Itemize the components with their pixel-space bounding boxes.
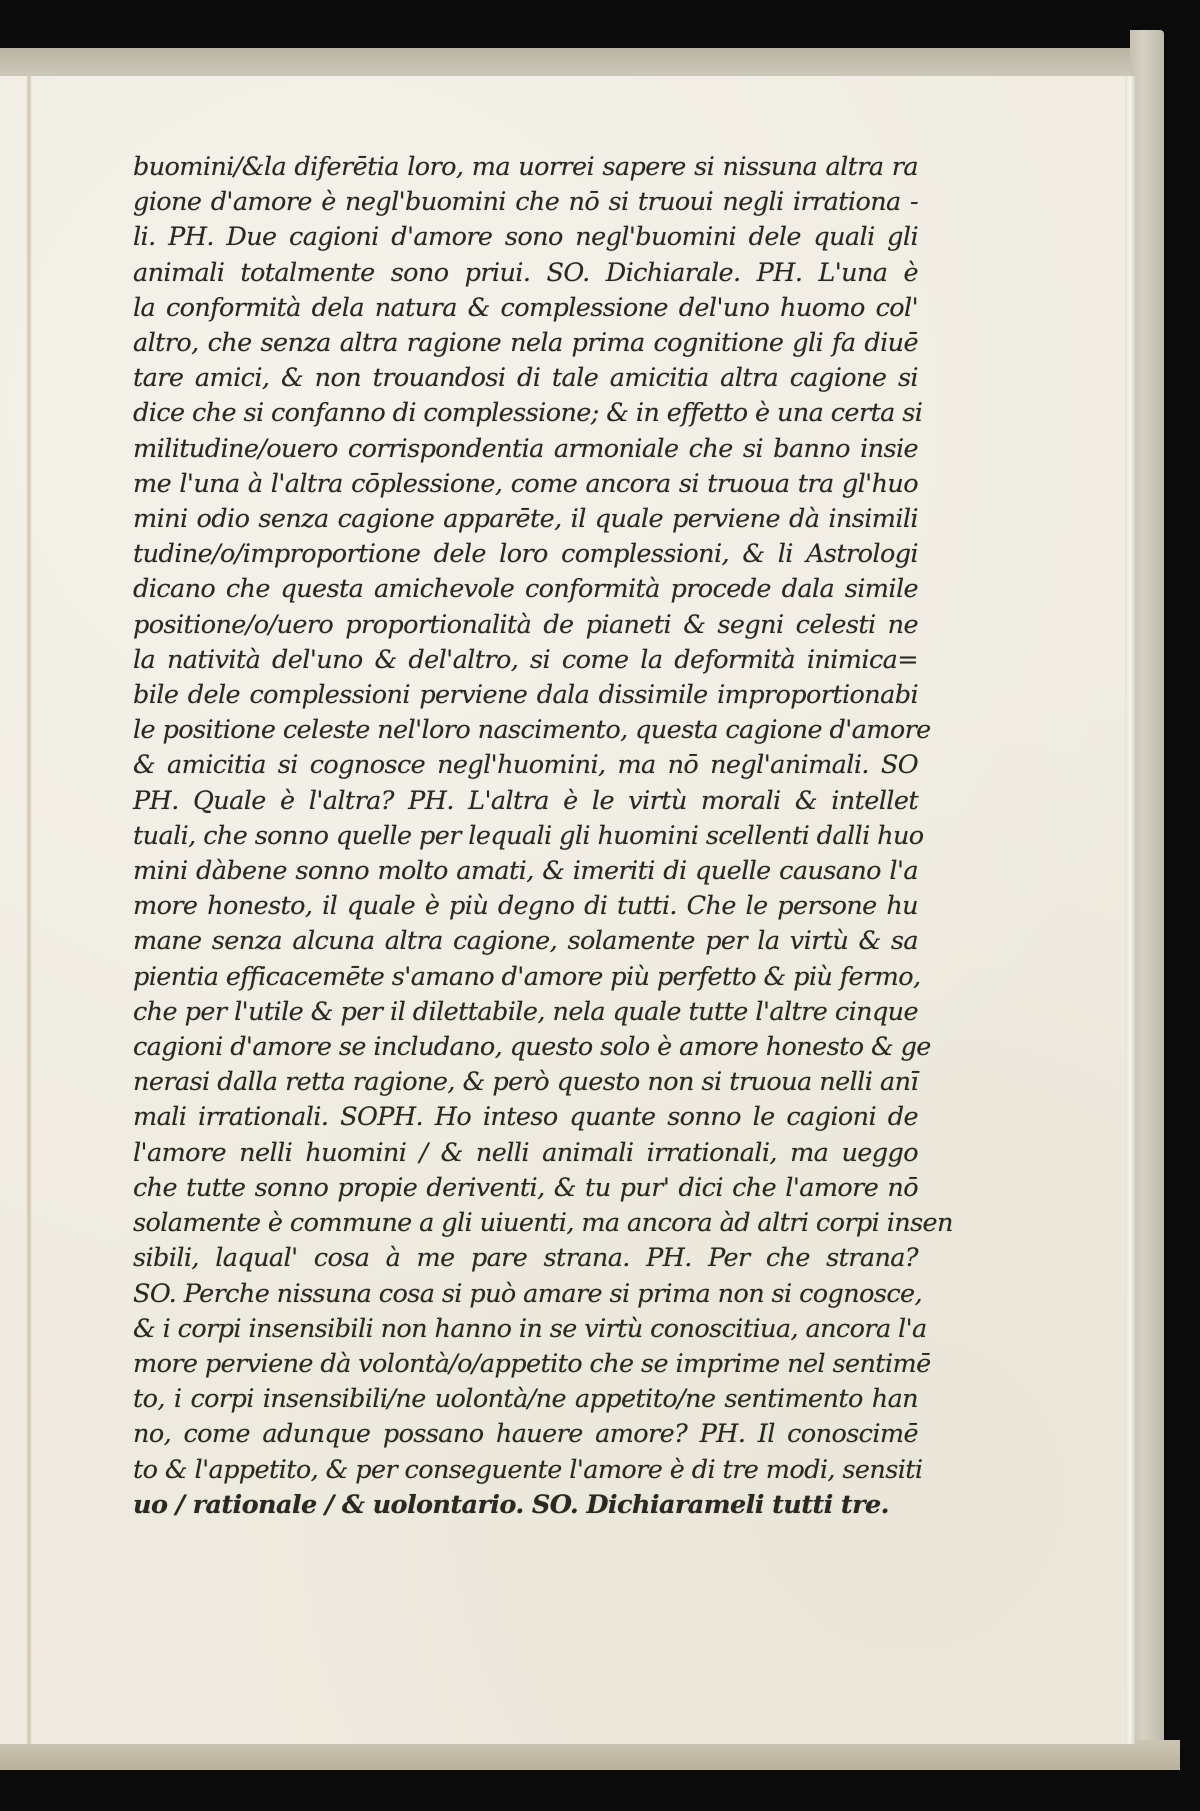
text-line: cagioni d'amore se includano, questo sol… <box>133 1030 918 1065</box>
text-line: to & l'appetito, & per conseguente l'amo… <box>133 1453 918 1488</box>
text-line: pientia efficacemēte s'amano d'amore più… <box>133 960 918 995</box>
text-line: bile dele complessioni perviene dala dis… <box>133 678 918 713</box>
text-line: nerasi dalla retta ragione, & però quest… <box>133 1065 918 1100</box>
text-line: PH. Quale è l'altra? PH. L'altra è le vi… <box>133 784 918 819</box>
text-line: mali irrationali. SOPH. Ho inteso quante… <box>133 1100 918 1135</box>
text-line: la conformità dela natura & complessione… <box>133 291 918 326</box>
text-line: dicano che questa amichevole conformità … <box>133 572 918 607</box>
text-line: dice che si confanno di complessione; & … <box>133 396 918 431</box>
book-scan: buomini/&la diferētia loro, ma uorrei sa… <box>0 0 1200 1811</box>
text-line: che tutte sonno propie deriventi, & tu p… <box>133 1171 918 1206</box>
text-line: me l'una à l'altra cōplessione, come anc… <box>133 467 918 502</box>
text-line: more honesto, il quale è più degno di tu… <box>133 889 918 924</box>
text-line: positione/o/uero proportionalità de pian… <box>133 608 918 643</box>
mount-right-edge <box>1130 30 1164 1760</box>
text-line: militudine/ouero corrispondentia armonia… <box>133 432 918 467</box>
text-block: buomini/&la diferētia loro, ma uorrei sa… <box>133 150 918 1523</box>
page-gutter-fold <box>26 76 32 1744</box>
text-line: altro, che senza altra ragione nela prim… <box>133 326 918 361</box>
text-line: mini odio senza cagione apparēte, il qua… <box>133 502 918 537</box>
text-line: buomini/&la diferētia loro, ma uorrei sa… <box>133 150 918 185</box>
text-line: che per l'utile & per il dilettabile, ne… <box>133 995 918 1030</box>
text-line: more perviene dà volontà/o/appetito che … <box>133 1347 918 1382</box>
mount-bottom-edge <box>0 1740 1180 1770</box>
text-line: mini dàbene sonno molto amati, & imeriti… <box>133 854 918 889</box>
page: buomini/&la diferētia loro, ma uorrei sa… <box>0 76 1135 1744</box>
text-line: tudine/o/improportione dele loro comples… <box>133 537 918 572</box>
text-line: gione d'amore è negl'buomini che nō si t… <box>133 185 918 220</box>
text-line: no, come adunque possano hauere amore? P… <box>133 1417 918 1452</box>
text-line-final: uo / rationale / & uolontario. SO. Dichi… <box>133 1488 918 1523</box>
text-line: SO. Perche nissuna cosa si può amare si … <box>133 1277 918 1312</box>
text-line: mane senza alcuna altra cagione, solamen… <box>133 924 918 959</box>
page-fore-edge <box>1125 76 1135 1744</box>
text-line: l'amore nelli huomini / & nelli animali … <box>133 1136 918 1171</box>
text-line: sibili, laqual' cosa à me pare strana. P… <box>133 1241 918 1276</box>
text-line: to, i corpi insensibili/ne uolontà/ne ap… <box>133 1382 918 1417</box>
text-line: solamente è commune a gli uiuenti, ma an… <box>133 1206 918 1241</box>
text-line: tuali, che sonno quelle per lequali gli … <box>133 819 918 854</box>
text-line: & i corpi insensibili non hanno in se vi… <box>133 1312 918 1347</box>
text-line: animali totalmente sono priui. SO. Dichi… <box>133 256 918 291</box>
text-line: li. PH. Due cagioni d'amore sono negl'bu… <box>133 220 918 255</box>
text-line: & amicitia si cognosce negl'huomini, ma … <box>133 748 918 783</box>
text-line: le positione celeste nel'loro nascimento… <box>133 713 918 748</box>
text-line: tare amici, & non trouandosi di tale ami… <box>133 361 918 396</box>
text-line: la natività del'uno & del'altro, si come… <box>133 643 918 678</box>
